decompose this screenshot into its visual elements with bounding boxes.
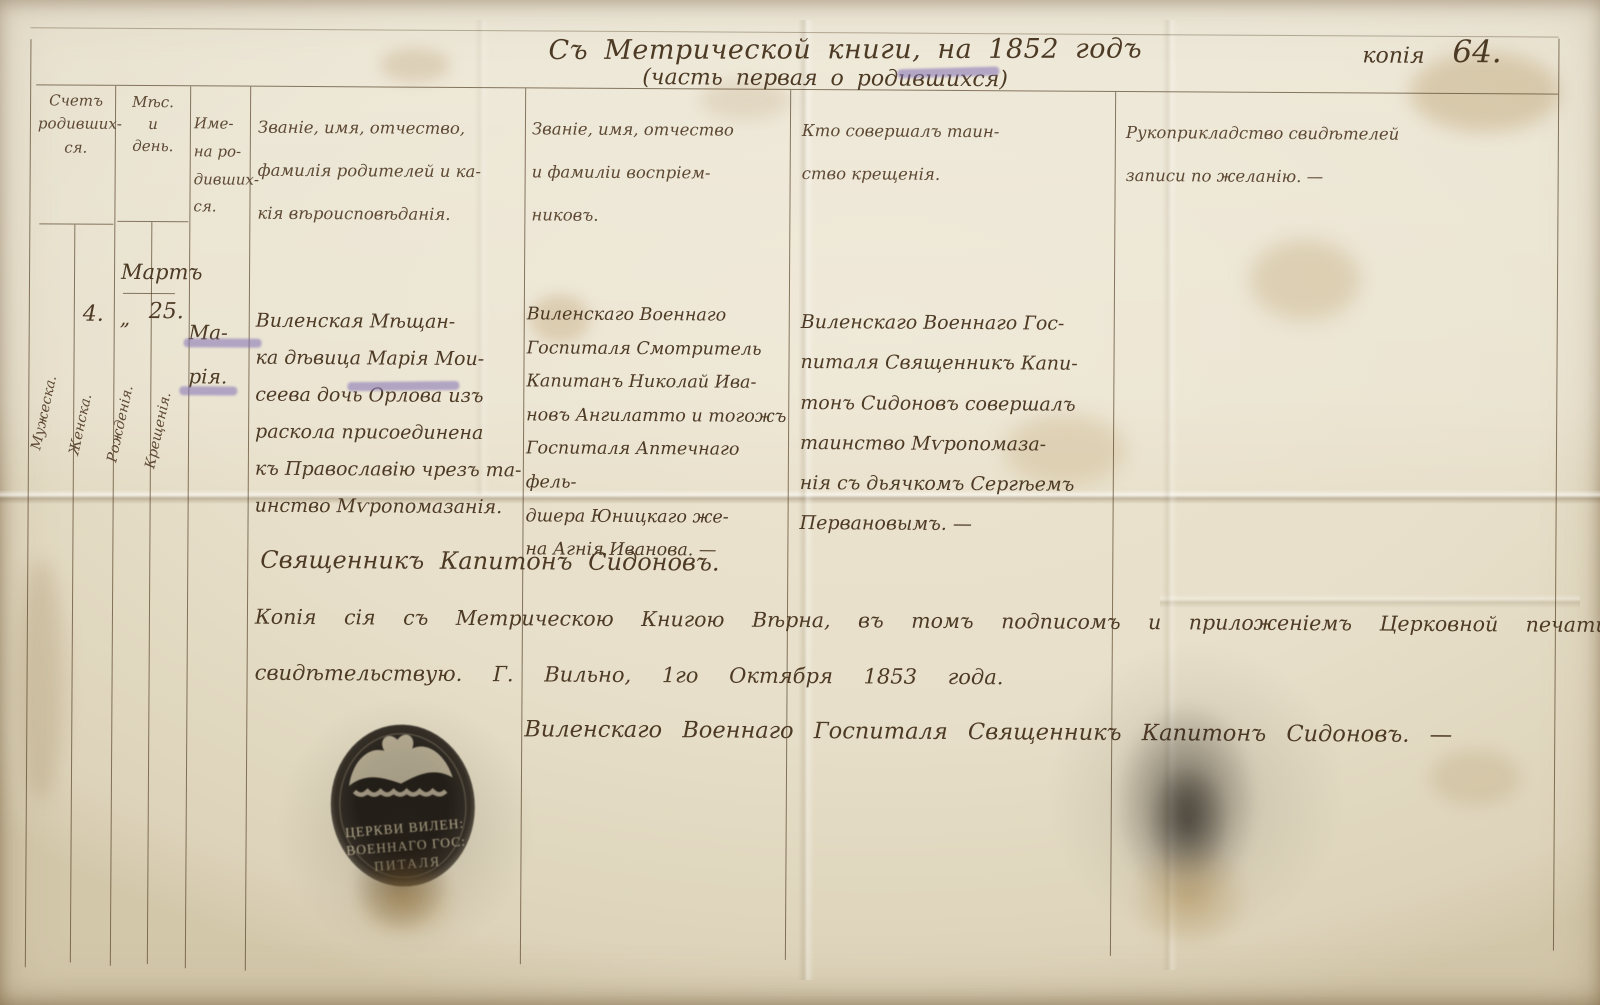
header-date-birth: Рожденія. xyxy=(104,384,136,464)
ink-stain xyxy=(1127,840,1253,953)
entry-birth-day-ditto: „ xyxy=(120,306,131,330)
table-line xyxy=(117,221,188,223)
header-date-baptism: Крещенія. xyxy=(142,391,174,470)
certification-line-2: свидѣтельствую. Г. Вильно, 1го Октября 1… xyxy=(255,661,1004,690)
certification-line-1: Копія сія съ Метрическою Книгою Вѣрна, в… xyxy=(255,605,1600,637)
header-count-male: Мужеска. xyxy=(28,374,60,451)
header-parents: Званіе, имя, отчество, фамилія родителей… xyxy=(257,107,522,237)
header-count: Счетъ родивших- ся. xyxy=(38,89,114,159)
header-date: Мѣс. и день. xyxy=(118,92,188,158)
header-count-female: Женска. xyxy=(66,392,95,456)
table-line xyxy=(185,86,192,968)
photographed-document: Съ Метрической книги, на 1852 годъ (част… xyxy=(0,0,1600,1005)
header-officiant: Кто совершалъ таин- ство крещенія. xyxy=(802,110,1105,198)
table-line xyxy=(25,39,32,967)
table-line xyxy=(39,223,113,225)
entry-officiant: Виленскаго Военнаго Гос- питаля Священни… xyxy=(799,302,1112,545)
copy-number: 64. xyxy=(1452,34,1502,70)
purple-underline-name-2 xyxy=(179,386,237,395)
purple-underline-name-1 xyxy=(184,338,262,347)
seal-stain xyxy=(347,857,463,943)
entry-parents: Виленская Мѣщан- ка дѣвица Марія Мои- се… xyxy=(255,303,524,527)
table-line xyxy=(110,86,117,966)
entry-month: Мартъ xyxy=(121,260,203,284)
document-content: Съ Метрической книги, на 1852 годъ (част… xyxy=(0,0,1600,1005)
copy-label: копія xyxy=(1362,43,1424,68)
header-witnesses: Рукоприкладство свидѣтелей записи по жел… xyxy=(1126,112,1557,200)
table-line xyxy=(70,225,76,963)
month-underline xyxy=(123,293,175,295)
header-names: Име- на ро- дивших- ся. xyxy=(193,110,249,221)
entry-baptism-day: 25. xyxy=(149,299,184,324)
table-line xyxy=(147,222,153,964)
entry-female-count: 4. xyxy=(83,302,104,327)
entry-name: Ма- рія. xyxy=(188,310,228,398)
priest-signature: Священникъ Капитонъ Сидоновъ. xyxy=(260,546,719,577)
header-godparents: Званіе, имя, отчество и фамиліи воспріем… xyxy=(531,108,788,238)
purple-underline-surname xyxy=(347,381,459,391)
entry-godparents: Виленскаго Военнаго Госпиталя Смотритель… xyxy=(525,298,791,568)
document-title: Съ Метрической книги, на 1852 годъ xyxy=(548,33,1142,66)
